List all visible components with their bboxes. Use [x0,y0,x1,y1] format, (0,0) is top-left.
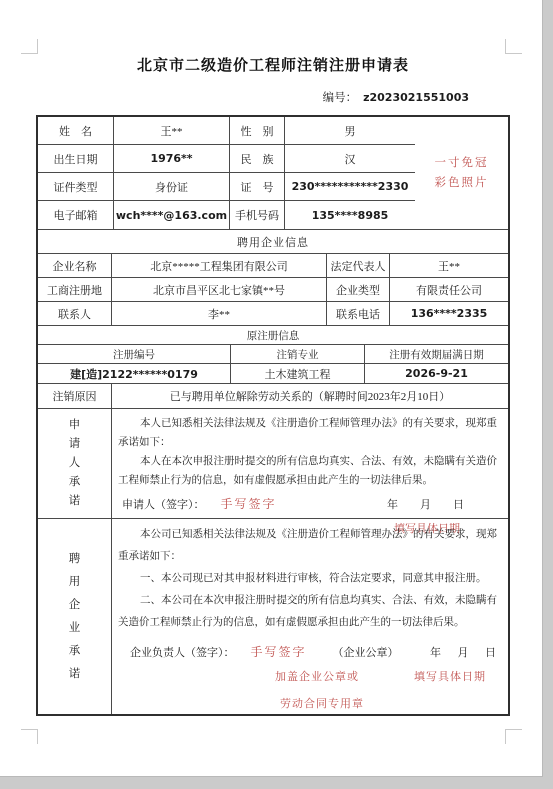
applicant-commitment-body: 本人已知悉相关法律法规及《注册造价工程师管理办法》的有关要求，现郑重承诺如下： … [112,409,508,519]
registered-address-value: 北京市昌平区北七家镇**号 [112,278,327,302]
employer-commitment-section: 聘用企业承诺 本公司已知悉相关法律法规及《注册造价工程师管理办法》的有关要求，现… [38,519,508,714]
applicant-paragraph-2: 本人在本次申报注册时提交的所有信息均真实、合法、有效，未隐瞒有关造价工程师禁止行… [118,452,502,490]
mobile-label: 手机号码 [230,201,285,230]
employer-paragraph-1: 本公司已知悉相关法律法规及《注册造价工程师管理办法》的有关要求，现郑重承诺如下： [118,524,502,568]
id-number-value: 230***********2330 [285,173,415,201]
registration-number-value: 建[造]2122******0179 [38,364,231,384]
photo-note-line2: 彩色照片 [435,173,489,193]
mobile-value: 135****8985 [285,201,415,230]
margin-crop-mark-top-left [21,39,38,54]
legal-rep-label: 法定代表人 [327,254,390,278]
serial-label: 编号： [323,92,358,104]
applicant-commitment-section: 申请人承诺 本人已知悉相关法律法规及《注册造价工程师管理办法》的有关要求，现郑重… [38,409,508,519]
employer-date-field[interactable]: 填写具体日期 [414,668,486,684]
registration-section-title: 原注册信息 [38,326,508,345]
personal-info-section: 姓 名 王** 性 别 男 出生日期 1976** 民 族 汉 证件类型 身份证… [38,117,508,230]
applicant-signature-row: 申请人（签字）： 手写签字 年 月 日 [118,495,502,512]
photo-note-line1: 一寸免冠 [435,153,489,173]
email-value: wch****@163.com [114,201,230,230]
birthdate-label: 出生日期 [38,145,114,173]
company-seal-field-line2[interactable]: 劳动合同专用章 [280,695,364,711]
registration-number-header: 注册编号 [38,345,231,364]
form-page: 北京市二级造价工程师注销注册申请表 编号：z2023021551003 姓 名 … [0,0,543,777]
employer-commitment-side-label: 聘用企业承诺 [38,519,112,714]
employer-section-title: 聘用企业信息 [38,230,508,254]
contact-phone-label: 联系电话 [327,302,390,326]
personal-info-grid: 姓 名 王** 性 别 男 出生日期 1976** 民 族 汉 证件类型 身份证… [38,117,415,230]
employer-date-label: 年 月 日 [430,644,496,660]
applicant-paragraph-1: 本人已知悉相关法律法规及《注册造价工程师管理办法》的有关要求，现郑重承诺如下： [118,414,502,452]
gender-value: 男 [285,117,415,145]
applicant-commitment-side-label: 申请人承诺 [38,409,112,519]
cancellation-reason-value: 已与聘用单位解除劳动关系的（解聘时间2023年2月10日） [112,384,508,409]
ethnicity-label: 民 族 [230,145,285,173]
employer-item-1: 一、本公司现已对其申报材料进行审核，符合法定要求，同意其申报注册。 [118,568,502,590]
cancel-profession-header: 注销专业 [231,345,365,364]
employer-seal-hint-row-2: 劳动合同专用章 [118,695,502,711]
company-name-label: 企业名称 [38,254,112,278]
table-row: 工商注册地 北京市昌平区北七家镇**号 企业类型 有限责任公司 [38,278,508,302]
name-value: 王** [114,117,230,145]
id-type-value: 身份证 [114,173,230,201]
document-viewer: { "document": { "title": "北京市二级造价工程师注销注册… [0,0,553,789]
expiry-date-header: 注册有效期届满日期 [365,345,508,364]
email-label: 电子邮箱 [38,201,114,230]
table-row: 出生日期 1976** 民 族 汉 [38,145,415,173]
expiry-date-value: 2026-9-21 [365,364,508,384]
birthdate-value: 1976** [114,145,230,173]
margin-crop-mark-bottom-left [21,729,38,744]
legal-rep-value: 王** [390,254,508,278]
company-type-label: 企业类型 [327,278,390,302]
cancellation-reason-label: 注销原因 [38,384,112,409]
employer-signature-field[interactable]: 手写签字 [251,643,307,660]
employer-commitment-body: 本公司已知悉相关法律法规及《注册造价工程师管理办法》的有关要求，现郑重承诺如下：… [112,519,508,714]
table-row: 姓 名 王** 性 别 男 [38,117,415,145]
table-row: 联系人 李** 联系电话 136****2335 [38,302,508,326]
table-row: 电子邮箱 wch****@163.com 手机号码 135****8985 [38,201,415,230]
company-seal-field-line1[interactable]: 加盖企业公章或 [275,668,359,684]
applicant-date-label: 年 月 日 [387,496,464,512]
table-row: 企业名称 北京*****工程集团有限公司 法定代表人 王** [38,254,508,278]
contact-person-label: 联系人 [38,302,112,326]
cancellation-reason-row: 注销原因 已与聘用单位解除劳动关系的（解聘时间2023年2月10日） [38,384,508,409]
name-label: 姓 名 [38,117,114,145]
id-type-label: 证件类型 [38,173,114,201]
photo-placeholder[interactable]: 一寸免冠 彩色照片 [415,117,508,230]
employer-section-header: 聘用企业信息 [38,230,508,254]
id-number-label: 证 号 [230,173,285,201]
employer-signature-row: 企业负责人（签字）： 手写签字 （企业公章） 年 月 日 [118,643,502,660]
company-type-value: 有限责任公司 [390,278,508,302]
gender-label: 性 别 [230,117,285,145]
registration-values-row: 建[造]2122******0179 土木建筑工程 2026-9-21 [38,364,508,384]
serial-number-row: 编号：z2023021551003 [323,89,469,105]
form-title: 北京市二级造价工程师注销注册申请表 [36,54,510,75]
application-form-table: 姓 名 王** 性 别 男 出生日期 1976** 民 族 汉 证件类型 身份证… [36,115,510,716]
registration-column-headers: 注册编号 注销专业 注册有效期届满日期 [38,345,508,364]
employer-signature-label: 企业负责人（签字）： [130,644,235,660]
ethnicity-value: 汉 [285,145,415,173]
registered-address-label: 工商注册地 [38,278,112,302]
applicant-signature-label: 申请人（签字）： [122,496,205,512]
margin-crop-mark-bottom-right [505,729,522,744]
contact-phone-value: 136****2335 [390,302,508,326]
employer-seal-hint-row: 加盖企业公章或 填写具体日期 [118,668,502,684]
company-seal-label: （企业公章） [333,644,399,660]
registration-section-header: 原注册信息 [38,326,508,345]
table-row: 证件类型 身份证 证 号 230***********2330 [38,173,415,201]
applicant-signature-field[interactable]: 手写签字 [221,495,277,512]
cancel-profession-value: 土木建筑工程 [231,364,365,384]
employer-item-2: 二、本公司在本次申报注册时提交的所有信息均真实、合法、有效，未隐瞒有关造价工程师… [118,590,502,634]
serial-value: z2023021551003 [363,91,469,104]
margin-crop-mark-top-right [505,39,522,54]
company-name-value: 北京*****工程集团有限公司 [112,254,327,278]
contact-person-value: 李** [112,302,327,326]
